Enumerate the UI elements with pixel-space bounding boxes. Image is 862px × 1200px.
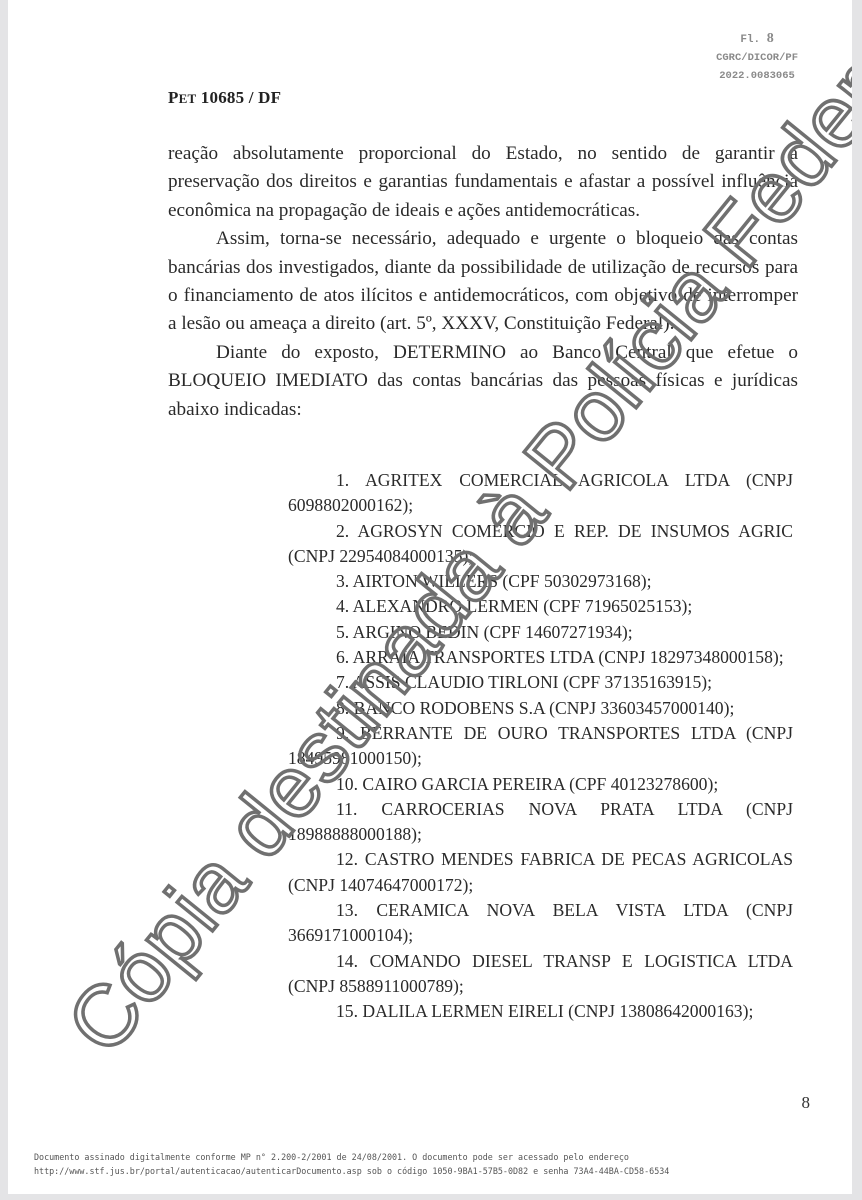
list-item: 2. AGROSYN COMERCIO E REP. DE INSUMOS AG… [288, 519, 793, 570]
list-item: 9. BERRANTE DE OURO TRANSPORTES LTDA (CN… [288, 721, 793, 772]
folio-label: Fl. [740, 34, 760, 46]
folio-line: Fl. 8 [716, 30, 798, 49]
list-item: 15. DALILA LERMEN EIRELI (CNPJ 138086420… [288, 999, 793, 1024]
page-number: 8 [802, 1093, 811, 1113]
list-item: 6. ARRAIA TRANSPORTES LTDA (CNPJ 1829734… [288, 645, 793, 670]
paragraph-justification: Assim, torna-se necessário, adequado e u… [168, 225, 798, 339]
folio-stamp: Fl. 8 CGRC/DICOR/PF 2022.0083065 [716, 30, 798, 85]
list-item: 4. ALEXANDRO LERMEN (CPF 71965025153); [288, 594, 793, 619]
list-item: 10. CAIRO GARCIA PEREIRA (CPF 4012327860… [288, 772, 793, 797]
paragraph-continuation: reação absolutamente proporcional do Est… [168, 140, 798, 225]
list-item: 12. CASTRO MENDES FABRICA DE PECAS AGRIC… [288, 847, 793, 898]
folio-process-number: 2022.0083065 [716, 67, 798, 85]
list-item: 14. COMANDO DIESEL TRANSP E LOGISTICA LT… [288, 949, 793, 1000]
blocked-accounts-list: 1. AGRITEX COMERCIAL AGRICOLA LTDA (CNPJ… [288, 468, 793, 1025]
case-prefix-first: P [168, 88, 179, 107]
case-prefix-rest: ET [179, 91, 197, 106]
list-item: 1. AGRITEX COMERCIAL AGRICOLA LTDA (CNPJ… [288, 468, 793, 519]
paragraph-determination: Diante do exposto, DETERMINO ao Banco Ce… [168, 339, 798, 424]
folio-number: 8 [767, 31, 774, 46]
case-number: 10685 / DF [196, 88, 281, 107]
list-item: 11. CARROCERIAS NOVA PRATA LTDA (CNPJ 18… [288, 797, 793, 848]
case-prefix: PET [168, 88, 196, 107]
list-item: 7. ASSIS CLAUDIO TIRLONI (CPF 3713516391… [288, 670, 793, 695]
list-item: 13. CERAMICA NOVA BELA VISTA LTDA (CNPJ … [288, 898, 793, 949]
folio-unit: CGRC/DICOR/PF [716, 49, 798, 67]
list-item: 8. BANCO RODOBENS S.A (CNPJ 336034570001… [288, 696, 793, 721]
list-item: 3. AIRTON WILLERS (CPF 50302973168); [288, 569, 793, 594]
list-item: 5. ARGINO BEDIN (CPF 14607271934); [288, 620, 793, 645]
footer-line-1: Documento assinado digitalmente conforme… [34, 1150, 669, 1164]
footer-line-2: http://www.stf.jus.br/portal/autenticaca… [34, 1164, 669, 1178]
signature-footer: Documento assinado digitalmente conforme… [34, 1150, 669, 1178]
case-header: PET 10685 / DF [168, 88, 281, 108]
document-page: Fl. 8 CGRC/DICOR/PF 2022.0083065 PET 106… [8, 0, 852, 1194]
document-body: reação absolutamente proporcional do Est… [168, 140, 798, 424]
